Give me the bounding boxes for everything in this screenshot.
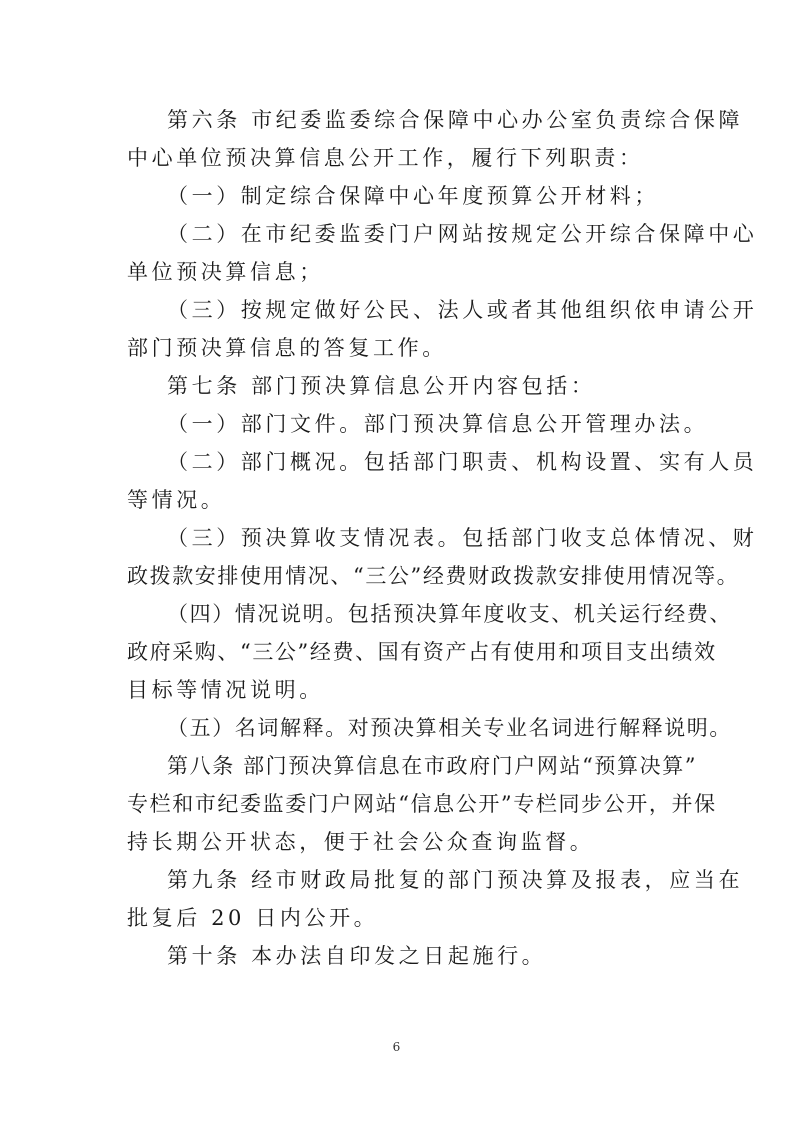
- text-line: 第六条 市纪委监委综合保障中心办公室负责综合保障: [167, 108, 712, 132]
- text-line: 中心单位预决算信息公开工作，履行下列职责：: [127, 146, 672, 170]
- text-line: 政府采购、“三公”经费、国有资产占有使用和项目支出绩效: [127, 640, 672, 664]
- text-line: 持长期公开状态，便于社会公众查询监督。: [127, 830, 672, 854]
- text-line: （二）在市纪委监委门户网站按规定公开综合保障中心: [167, 222, 712, 246]
- text-line: 批复后 20 日内公开。: [127, 906, 672, 930]
- text-line: 第十条 本办法自印发之日起施行。: [167, 944, 712, 968]
- text-line: （一）部门文件。部门预决算信息公开管理办法。: [167, 412, 712, 436]
- text-line: （三）按规定做好公民、法人或者其他组织依申请公开: [167, 298, 712, 322]
- text-line: （三）预决算收支情况表。包括部门收支总体情况、财: [167, 526, 712, 550]
- text-line: 政拨款安排使用情况、“三公”经费财政拨款安排使用情况等。: [127, 564, 672, 588]
- text-line: 第九条 经市财政局批复的部门预决算及报表，应当在: [167, 868, 712, 892]
- text-line: （四）情况说明。包括预决算年度收支、机关运行经费、: [167, 602, 712, 626]
- text-line: （五）名词解释。对预决算相关专业名词进行解释说明。: [167, 716, 712, 740]
- text-line: （一）制定综合保障中心年度预算公开材料；: [167, 184, 712, 208]
- text-line: 第七条 部门预决算信息公开内容包括：: [167, 374, 712, 398]
- text-line: 第八条 部门预决算信息在市政府门户网站“预算决算”: [167, 754, 712, 778]
- document-page: 第六条 市纪委监委综合保障中心办公室负责综合保障中心单位预决算信息公开工作，履行…: [0, 0, 793, 1122]
- text-line: 专栏和市纪委监委门户网站“信息公开”专栏同步公开，并保: [127, 792, 672, 816]
- text-line: （二）部门概况。包括部门职责、机构设置、实有人员: [167, 450, 712, 474]
- text-line: 等情况。: [127, 488, 672, 512]
- text-line: 单位预决算信息；: [127, 260, 672, 284]
- page-number: 6: [0, 1040, 793, 1054]
- text-line: 目标等情况说明。: [127, 678, 672, 702]
- text-line: 部门预决算信息的答复工作。: [127, 336, 672, 360]
